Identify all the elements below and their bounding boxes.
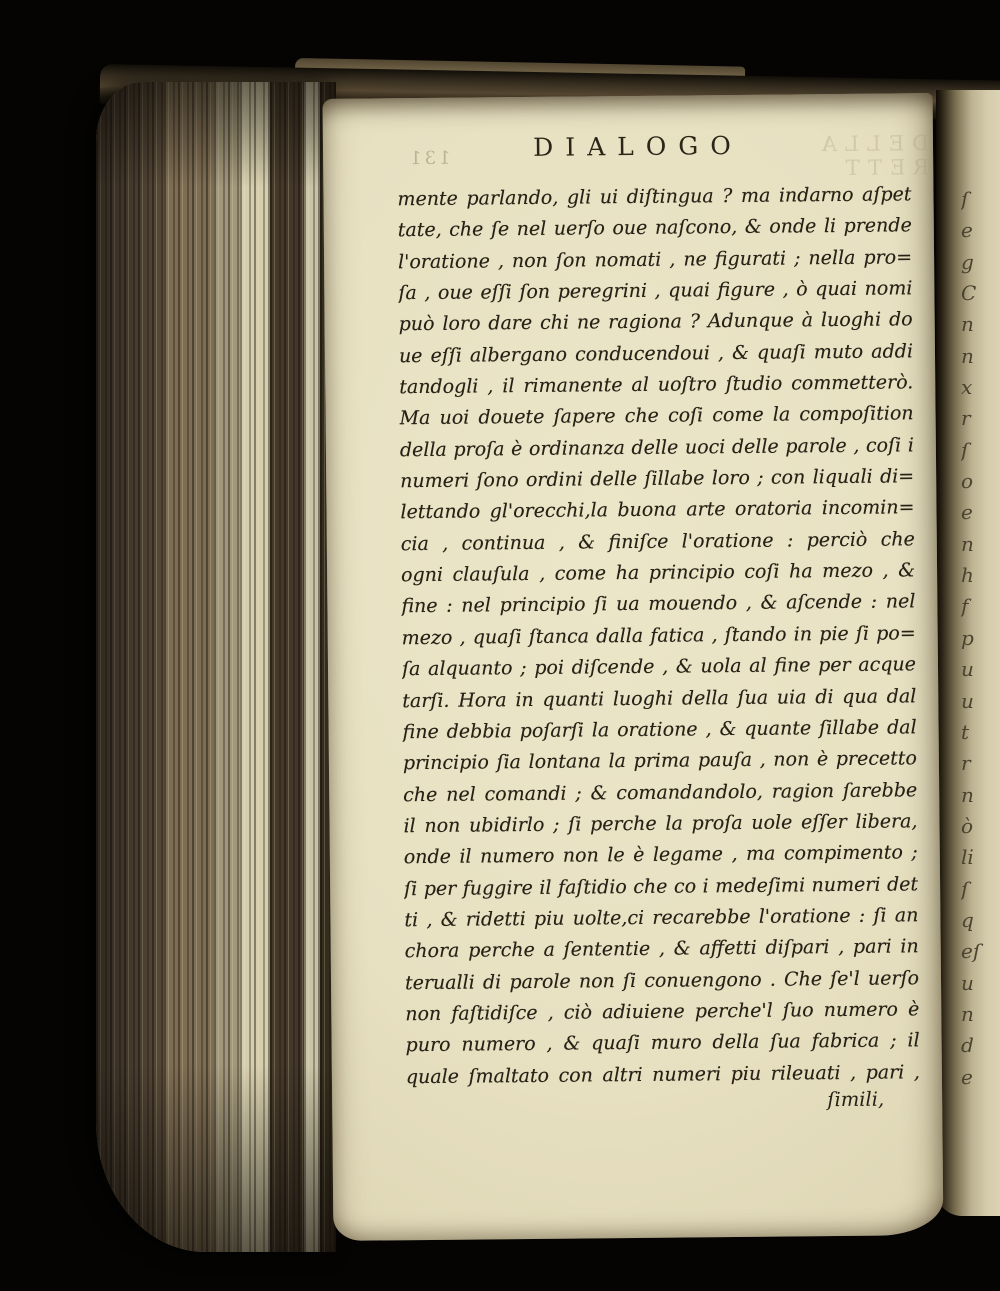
facing-page-letter: p	[961, 623, 997, 654]
text-line: ſa , oue eſſi ſon peregrini , quai figur…	[398, 273, 912, 309]
text-line: fine debbia poſarſi la oratione , & quan…	[402, 712, 916, 748]
text-line: principio ſia lontana la prima pauſa , n…	[403, 743, 917, 779]
facing-page-letter: x	[961, 372, 997, 403]
book-page: 131 DIALOGO DELLA RETT mente parlando, g…	[323, 93, 944, 1241]
facing-page-letter: r	[961, 748, 997, 779]
facing-page-letter: f	[961, 591, 997, 622]
facing-page-letter: n	[961, 999, 997, 1030]
text-line: l'oratione , non ſon nomati , ne figurat…	[398, 242, 912, 278]
text-line: tarſi. Hora in quanti luoghi della ſua u…	[402, 681, 916, 717]
facing-page-letter: ſ	[961, 874, 997, 905]
facing-page-letter: u	[961, 968, 997, 999]
text-line: chora perche a ſententie , & affetti diſ…	[405, 932, 919, 968]
facing-page-letter: li	[961, 842, 997, 873]
text-line: non faſtidiſce , ciò adiuiene perche'l ſ…	[405, 994, 919, 1030]
page-edge-stack	[96, 82, 336, 1252]
text-line: mezo , quaſi ſtanca dalla fatica , ſtand…	[402, 618, 916, 654]
text-line: puro numero , & quaſi muro della ſua fab…	[405, 1026, 919, 1062]
running-title: DIALOGO	[393, 130, 871, 164]
facing-page-letter: o	[961, 466, 997, 497]
text-line: ſa alquanto ; poi diſcende , & uola al f…	[402, 649, 916, 685]
text-line: numeri ſono ordini delle ſillabe loro ; …	[400, 461, 914, 497]
text-line: fine : nel principio ſi ua mouendo , & a…	[401, 587, 915, 623]
text-line: che nel comandi ; & comandandolo, ragion…	[403, 775, 917, 811]
facing-page-letter: n	[961, 780, 997, 811]
text-block: mente parlando, gli ui diſtingua ? ma in…	[397, 179, 920, 1093]
facing-page-letter: t	[961, 717, 997, 748]
text-line: terualli di parole non ſi conuengono . C…	[405, 963, 919, 999]
text-line: mente parlando, gli ui diſtingua ? ma in…	[397, 179, 911, 215]
facing-page-letter: ſ	[961, 435, 997, 466]
text-line: cia , continua , & finiſce l'oratione : …	[401, 524, 915, 560]
scanned-book-photo: ſegCnnxrſoenhfpuutrnòliſqeſunde 131 DIAL…	[0, 0, 1000, 1291]
facing-page-letter: u	[961, 686, 997, 717]
facing-page-text-fragments: ſegCnnxrſoenhfpuutrnòliſqeſunde	[961, 184, 997, 1093]
catchword: ſimili,	[827, 1088, 884, 1112]
facing-page-letter: u	[961, 654, 997, 685]
text-line: ſi per fuggire il faſtidio che co i mede…	[404, 869, 918, 905]
text-line: può loro dare chi ne ragiona ? Adunque à…	[399, 305, 913, 341]
text-line: ti , & ridetti piu uolte,ci recarebbe l'…	[404, 900, 918, 936]
facing-page-letter: h	[961, 560, 997, 591]
text-line: Ma uoi douete ſapere che coſi come la co…	[399, 399, 913, 435]
facing-page-letter: n	[961, 529, 997, 560]
facing-page-letter: eſ	[961, 936, 997, 967]
facing-page-sliver: ſegCnnxrſoenhfpuutrnòliſqeſunde	[936, 90, 1000, 1216]
facing-page-letter: C	[961, 278, 997, 309]
facing-page-letter: d	[961, 1030, 997, 1061]
facing-page-letter: r	[961, 403, 997, 434]
facing-page-letter: e	[961, 497, 997, 528]
text-line: il non ubidirlo ; ſi perche la proſa uol…	[403, 806, 917, 842]
facing-page-letter: g	[961, 247, 997, 278]
facing-page-letter: q	[961, 905, 997, 936]
facing-page-letter: ò	[961, 811, 997, 842]
page-edge-shading	[96, 82, 336, 1252]
text-line: tate, che ſe nel uerſo oue naſcono, & on…	[398, 211, 912, 247]
text-line: tandogli , il rimanente al uoſtro ſtudio…	[399, 367, 913, 403]
facing-page-letter: n	[961, 309, 997, 340]
text-line: della proſa è ordinanza delle uoci delle…	[400, 430, 914, 466]
text-line: onde il numero non le è legame , ma comp…	[404, 837, 918, 873]
facing-page-letter: e	[961, 1062, 997, 1093]
facing-page-letter: n	[961, 341, 997, 372]
text-line: ue eſſi albergano conducendoui , & quaſi…	[399, 336, 913, 372]
text-line: lettando gl'orecchi,la buona arte orator…	[400, 493, 914, 529]
text-line: ogni clauſula , come ha principio coſi h…	[401, 555, 915, 591]
facing-page-letter: ſ	[961, 184, 997, 215]
facing-page-letter: e	[961, 215, 997, 246]
